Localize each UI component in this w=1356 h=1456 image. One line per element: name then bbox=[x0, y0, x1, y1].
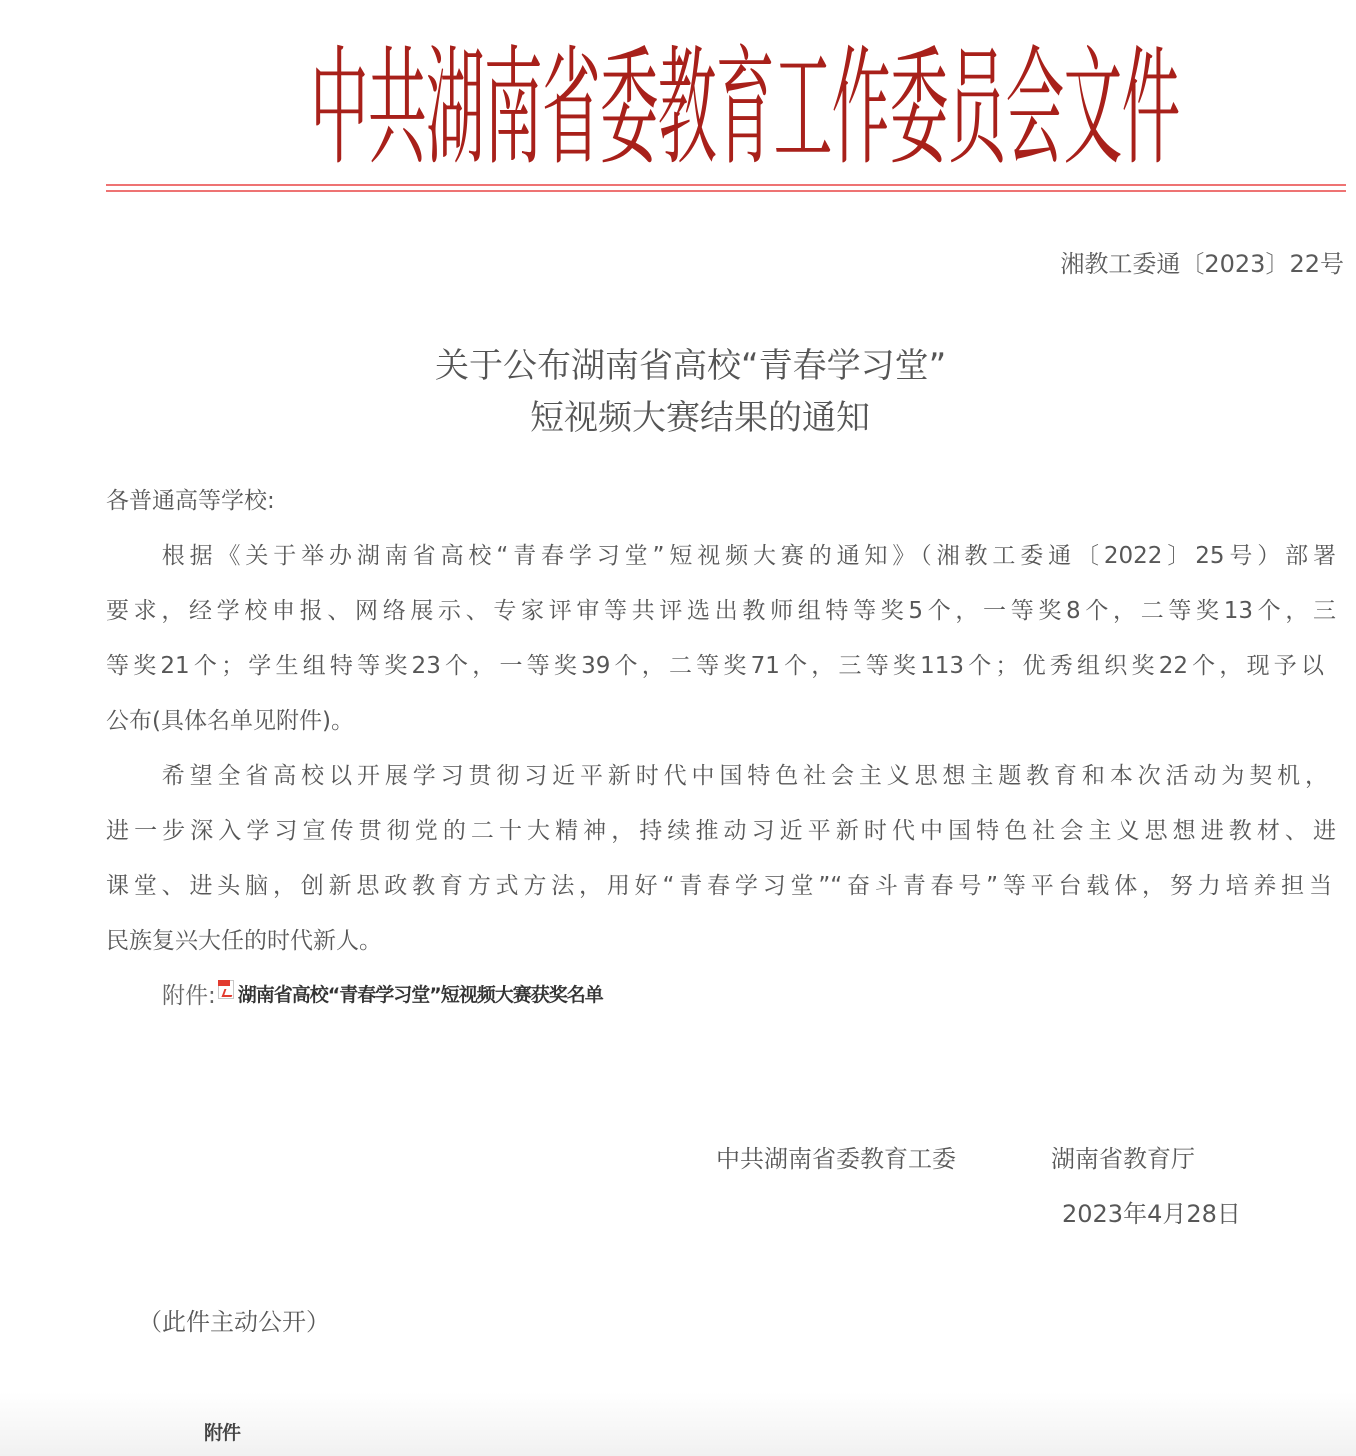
notice-title-line-2: 短视频大赛结果的通知 bbox=[0, 390, 1356, 439]
paragraph-line: 根据《关于举办湖南省高校“青春学习堂”短视频大赛的通知》（湘教工委通〔2022〕… bbox=[106, 541, 1336, 571]
masthead-title: 中共湖南省委教育工作委员会文件 bbox=[310, 36, 1179, 182]
signature-org-1: 中共湖南省委教育工委 bbox=[716, 1139, 956, 1174]
salutation: 各普通高等学校: bbox=[106, 486, 1336, 516]
paragraph-line: 公布(具体名单见附件)。 bbox=[106, 706, 1336, 736]
paragraph-line: 希望全省高校以开展学习贯彻习近平新时代中国特色社会主义思想主题教育和本次活动为契… bbox=[106, 761, 1328, 791]
signature-date: 2023年4月28日 bbox=[1062, 1194, 1241, 1229]
paragraph-line: 要求，经学校申报、网络展示、专家评审等共评选出教师组特等奖5个，一等奖8个，二等… bbox=[106, 596, 1336, 626]
public-disclosure-note: （此件主动公开） bbox=[138, 1302, 330, 1337]
attachment-section-label: 附件 bbox=[204, 1418, 240, 1445]
attachment-link[interactable]: 湖南省高校“青春学习堂”短视频大赛获奖名单 bbox=[238, 980, 603, 1007]
paragraph-line: 课堂、进头脑，创新思政教育方式方法，用好“青春学习堂”“奋斗青春号”等平台载体，… bbox=[106, 871, 1332, 901]
masthead-rule-top bbox=[106, 184, 1346, 186]
paragraph-line: 等奖21个；学生组特等奖23个，一等奖39个，二等奖71个，三等奖113个；优秀… bbox=[106, 651, 1324, 681]
document-number: 湘教工委通〔2023〕22号 bbox=[1060, 244, 1344, 279]
masthead-rule-bottom bbox=[106, 190, 1346, 192]
paragraph-line: 民族复兴大任的时代新人。 bbox=[106, 926, 1336, 956]
pdf-icon[interactable] bbox=[218, 980, 234, 999]
attachment-label: 附件: bbox=[162, 977, 216, 1010]
attachment-row: 附件: 湖南省高校“青春学习堂”短视频大赛获奖名单 bbox=[162, 978, 603, 1008]
notice-title-line-1: 关于公布湖南省高校“青春学习堂” bbox=[0, 338, 1356, 387]
paragraph-line: 进一步深入学习宣传贯彻党的二十大精神，持续推动习近平新时代中国特色社会主义思想进… bbox=[106, 816, 1336, 846]
masthead: 中共湖南省委教育工作委员会文件 bbox=[310, 36, 1138, 182]
signature-org-2: 湖南省教育厅 bbox=[1051, 1139, 1195, 1174]
